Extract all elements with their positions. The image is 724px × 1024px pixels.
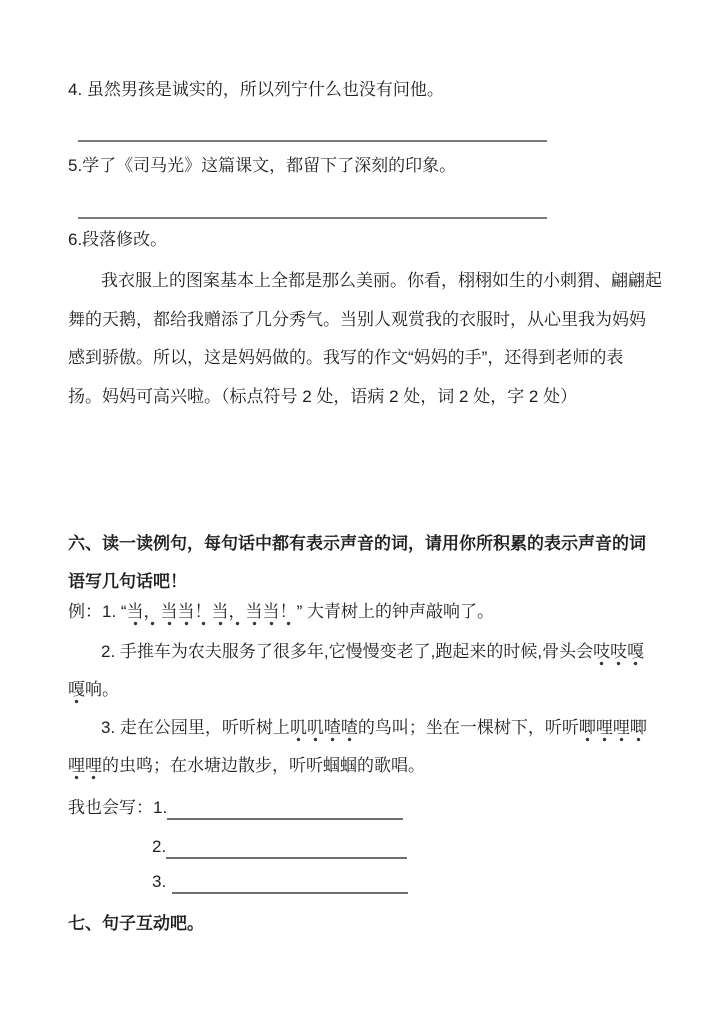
sound-word-emphasized: 叽叽喳喳 — [290, 718, 358, 742]
write-answer-row-2: 2. — [152, 831, 407, 859]
sound-word-emphasized: 唧哩哩唧 — [579, 718, 647, 742]
sound-word-emphasized: 当，当当！当，当当！ — [127, 602, 297, 626]
text-segment: 3. 走在公园里，听听树上 — [101, 718, 290, 737]
write-answer-number: 2. — [152, 835, 166, 859]
example-sentence-2-line-2: 嘎响。 — [68, 678, 119, 702]
sound-word-emphasized: 哩哩 — [68, 756, 102, 780]
example-sentence-2-line-1: 2. 手推车为农夫服务了很多年,它慢慢变老了,跑起来的时候,骨头会吱吱嘎 — [101, 640, 644, 664]
text-segment: 2. 手推车为农夫服务了很多年,它慢慢变老了,跑起来的时候,骨头会 — [101, 642, 593, 661]
example-sentence-3-line-1: 3. 走在公园里，听听树上叽叽喳喳的鸟叫；坐在一棵树下，听听唧哩哩唧 — [101, 716, 647, 740]
section-6-heading-line: 语写几句话吧！ — [68, 563, 646, 601]
answer-blank-line-2 — [78, 217, 547, 219]
paragraph-line: 扬。妈妈可高兴啦。（标点符号 2 处，语病 2 处，词 2 处，字 2 处） — [68, 378, 662, 417]
question-6-label: 6.段落修改。 — [68, 228, 167, 252]
question-5-text: 5.学了《司马光》这篇课文，都留下了深刻的印象。 — [68, 154, 456, 178]
section-6-heading: 六、读一读例句，每句话中都有表示声音的词，请用你所积累的表示声音的词 语写几句话… — [68, 525, 646, 601]
sound-word-emphasized: 嘎 — [68, 680, 85, 704]
text-segment: ” 大青树上的钟声敲响了。 — [297, 602, 494, 621]
section-7-heading: 七、句子互动吧。 — [68, 912, 204, 936]
paragraph-line: 舞的天鹅，都给我赠添了几分秀气。当别人观赏我的衣服时，从心里我为妈妈 — [68, 301, 662, 340]
section-6-heading-line: 六、读一读例句，每句话中都有表示声音的词，请用你所积累的表示声音的词 — [68, 525, 646, 563]
write-answer-blank-1 — [167, 790, 403, 820]
write-answer-label: 我也会写： — [68, 796, 153, 820]
write-answer-number: 3. — [152, 870, 166, 894]
example-sentence-3-line-2: 哩哩的虫鸣；在水塘边散步，听听蝈蝈的歌唱。 — [68, 754, 425, 778]
answer-blank-line-1 — [78, 140, 547, 142]
text-segment: 例：1. “ — [68, 602, 127, 621]
text-segment: 的鸟叫；坐在一棵树下，听听 — [358, 718, 579, 737]
write-answer-row-1: 我也会写： 1. — [68, 792, 403, 820]
text-segment: 响。 — [85, 680, 119, 699]
write-answer-blank-2 — [166, 829, 407, 859]
write-answer-number: 1. — [153, 796, 167, 820]
paragraph-line: 我衣服上的图案基本上全都是那么美丽。你看，栩栩如生的小刺猬、翩翩起 — [68, 262, 662, 301]
sound-word-emphasized: 吱吱嘎 — [593, 642, 644, 666]
question-4-text: 4. 虽然男孩是诚实的，所以列宁什么也没有问他。 — [68, 78, 444, 102]
text-segment: 的虫鸣；在水塘边散步，听听蝈蝈的歌唱。 — [102, 756, 425, 775]
write-answer-blank-3 — [172, 864, 408, 894]
write-answer-row-3: 3. — [152, 866, 408, 894]
paragraph-to-correct: 我衣服上的图案基本上全都是那么美丽。你看，栩栩如生的小刺猬、翩翩起 舞的天鹅，都… — [68, 262, 662, 416]
example-sentence-1: 例：1. “当，当当！当，当当！” 大青树上的钟声敲响了。 — [68, 600, 494, 624]
paragraph-line: 感到骄傲。所以，这是妈妈做的。我写的作文“妈妈的手”，还得到老师的表 — [68, 339, 662, 378]
worksheet-page: 4. 虽然男孩是诚实的，所以列宁什么也没有问他。 5.学了《司马光》这篇课文，都… — [0, 0, 724, 1024]
